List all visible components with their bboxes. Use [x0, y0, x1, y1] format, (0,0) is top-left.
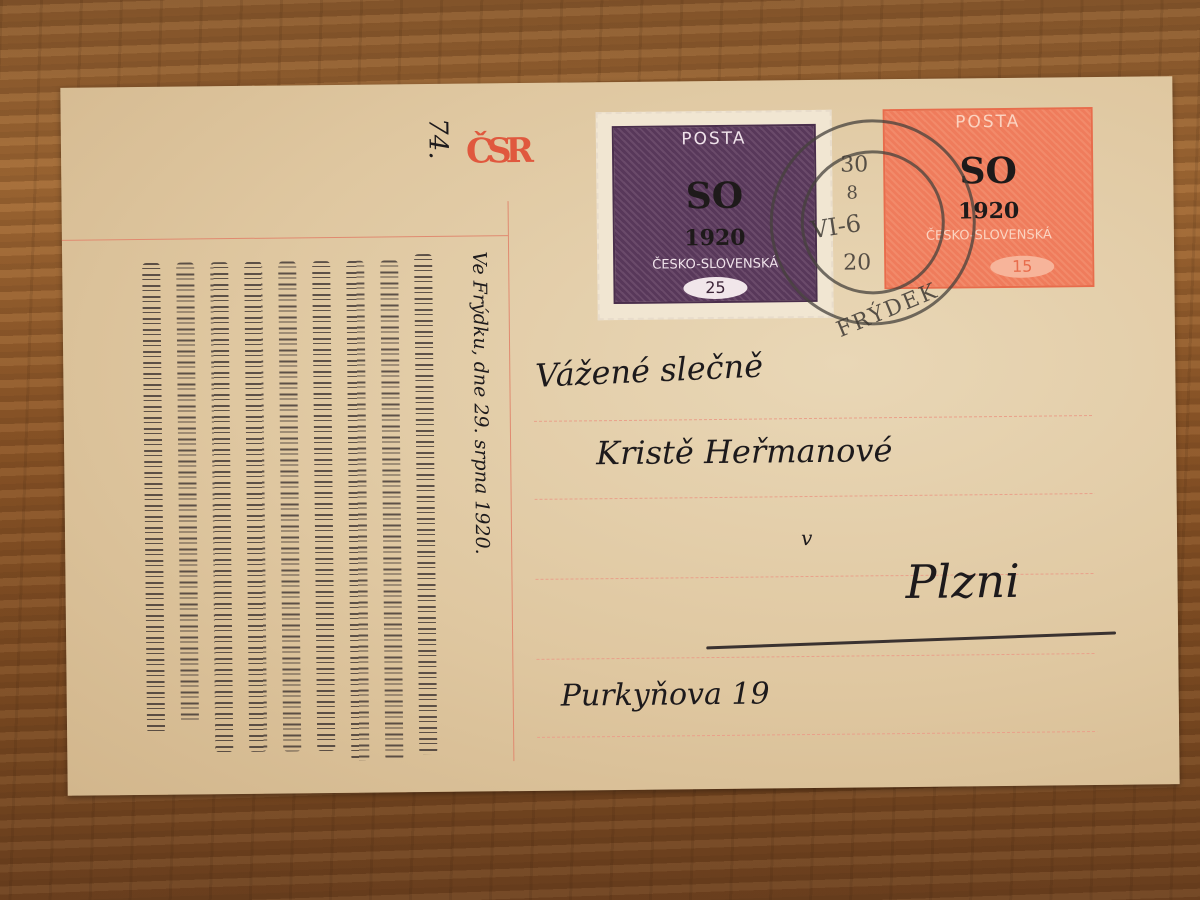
stamp-value: 15	[990, 255, 1054, 278]
message-date-line: Ve Frýdku, dne 29. srpna 1920.	[468, 251, 493, 554]
address-recipient-name: Kristě Heřmanové	[596, 431, 893, 472]
handwritten-message-line	[380, 260, 403, 760]
stamp-header: POSTA	[614, 128, 814, 150]
handwritten-message-line	[210, 262, 233, 752]
center-divider-line	[508, 201, 515, 761]
postmark-day: 30	[840, 152, 868, 177]
stamp-value: 25	[683, 277, 747, 300]
message-top-rule	[62, 235, 508, 241]
address-street: Purkyňova 19	[561, 676, 770, 713]
address-rule	[535, 493, 1095, 500]
handwritten-message-line	[312, 261, 335, 751]
handwritten-message-line	[244, 262, 267, 752]
address-rule	[537, 731, 1097, 738]
address-salutation: Vážené slečně	[535, 347, 764, 395]
handwritten-message-line	[414, 254, 437, 754]
postcard: ČSR 74. POSTA SO 1920 ČESKO-SLOVENSKÁ 25…	[60, 76, 1179, 796]
address-rule	[536, 653, 1096, 660]
publisher-monogram: ČSR	[466, 131, 528, 172]
address-city: Plzni	[905, 554, 1020, 609]
handwritten-message-line	[278, 261, 301, 751]
postmark-month: 8	[846, 182, 858, 203]
city-underline	[706, 631, 1116, 649]
address-rule	[534, 415, 1094, 422]
handwritten-message-line	[176, 262, 199, 722]
card-number: 74.	[422, 118, 452, 160]
handwritten-message-line	[346, 261, 369, 761]
address-preposition: v	[801, 526, 813, 550]
handwritten-message-line	[142, 263, 165, 733]
postmark-year: 20	[843, 250, 871, 275]
postmark-cancellation: 30 8 VI-6 20 FRÝDEK	[769, 118, 977, 326]
